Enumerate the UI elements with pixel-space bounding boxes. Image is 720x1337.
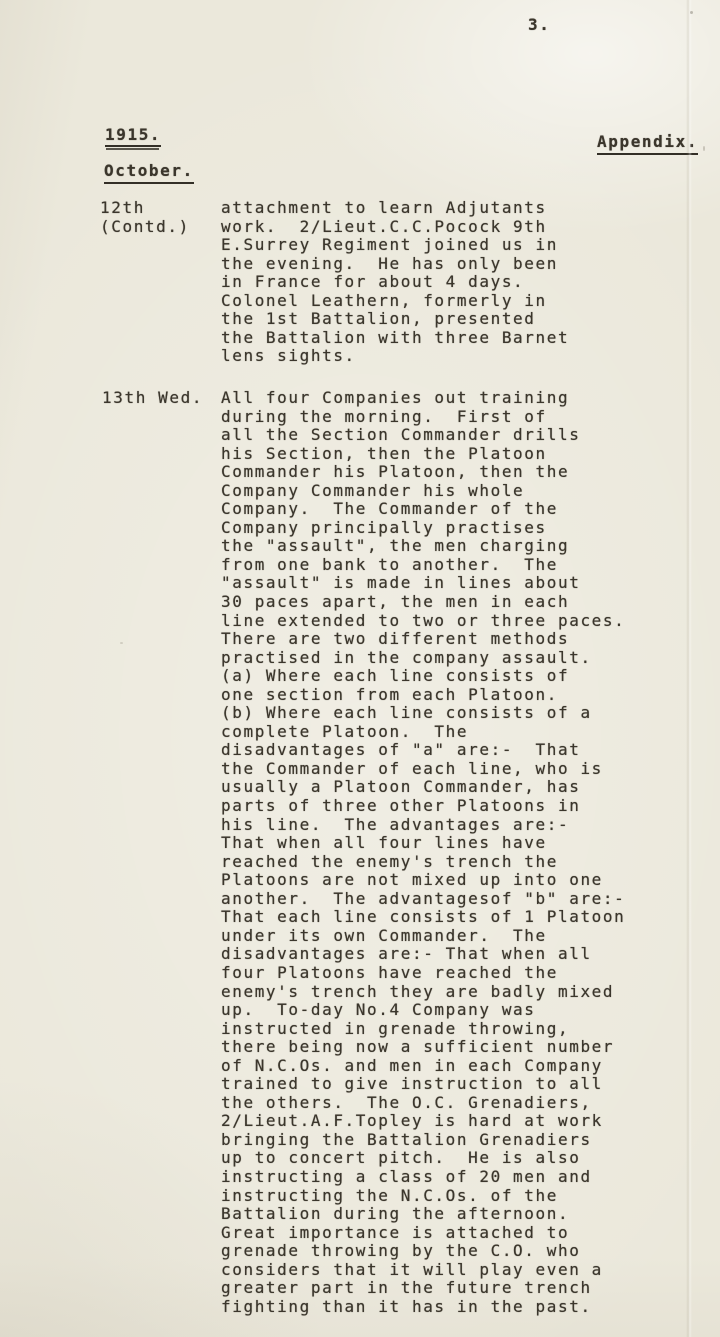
month-heading: October. [104,162,194,184]
diary-page: 3. 1915. Appendix. October. 12th (Contd.… [0,0,720,1337]
entry-date: 13th Wed. [102,389,203,408]
appendix-heading: Appendix. [597,133,698,155]
entry-text: attachment to learn Adjutants work. 2/Li… [221,199,569,366]
paper-speck [703,146,705,151]
paper-speck [120,642,123,644]
paper-crease [686,0,692,1337]
entry-text: All four Companies out training during t… [221,389,625,1316]
paper-speck [690,11,693,14]
entry-date: 12th (Contd.) [100,199,190,236]
page-number: 3. [528,16,550,35]
year-heading: 1915. [105,125,161,147]
